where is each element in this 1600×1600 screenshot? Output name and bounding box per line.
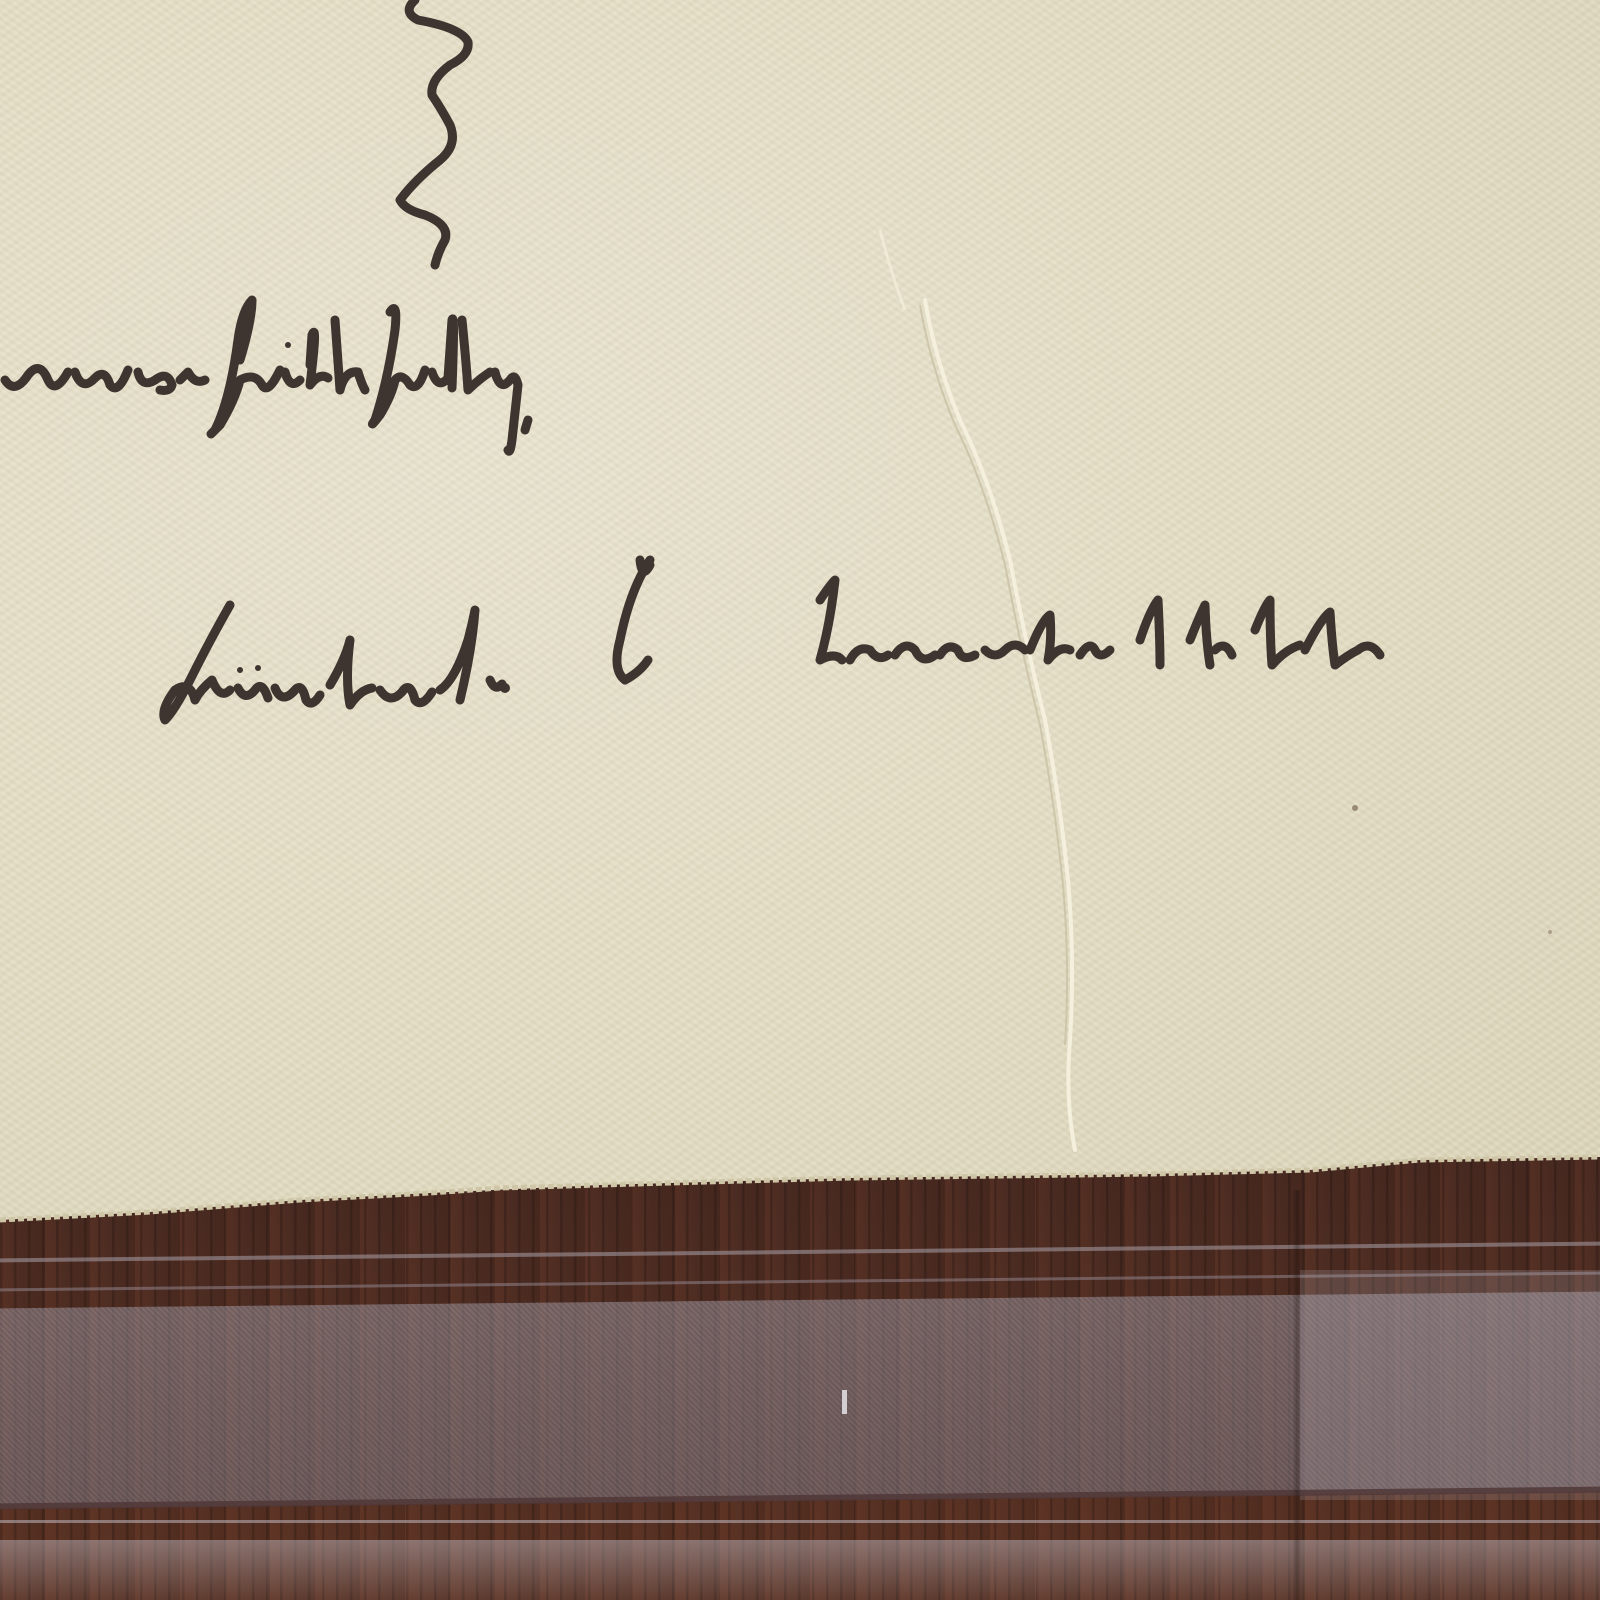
signature-text: Winston S. Churchill [140,580,1288,708]
wavy-line-mark [400,0,468,265]
closing-line-text: ours faithfully, [0,340,656,445]
photo-scene: ours faithfully, Winston S. Churchill [0,0,1600,1600]
